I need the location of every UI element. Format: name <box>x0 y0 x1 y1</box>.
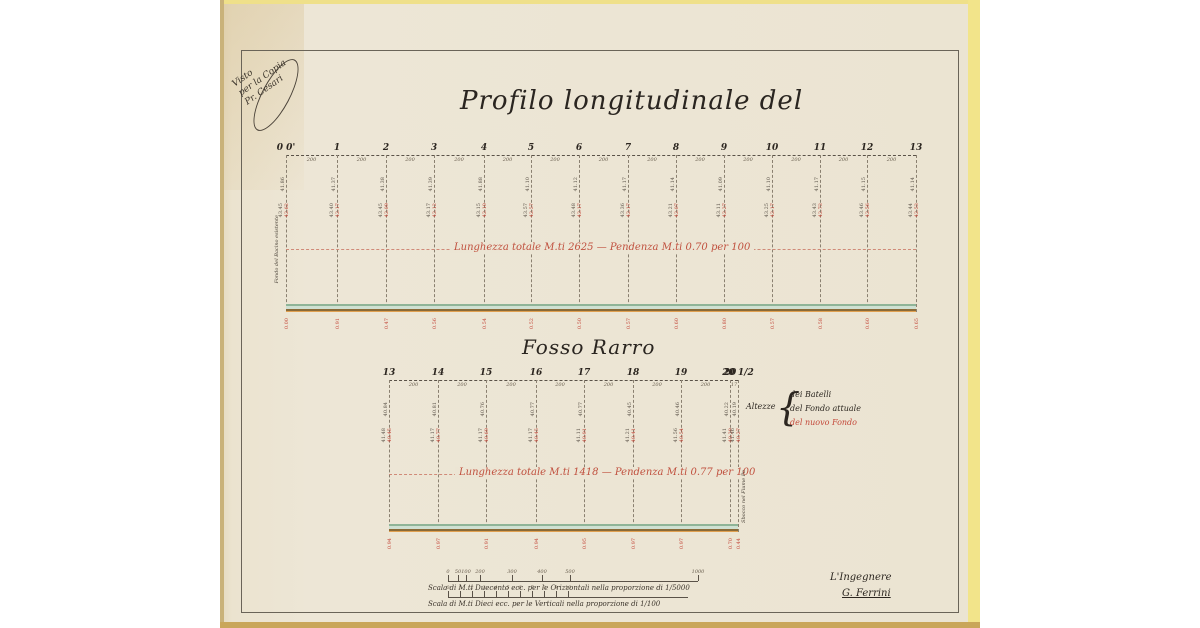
elevation-red: 40.77 <box>436 428 442 442</box>
new-bed-line <box>286 311 916 313</box>
station-number: 12 <box>861 143 874 153</box>
bottom-label: 0.57 <box>770 318 776 329</box>
scale-tick <box>512 575 513 581</box>
elevation-red: 42.17 <box>626 203 632 217</box>
station-line <box>916 155 917 312</box>
sheet-edge-bottom <box>220 622 980 628</box>
station-line <box>486 380 487 532</box>
sheet-edge-right <box>968 0 980 628</box>
elevation-black: 41.37 <box>331 177 337 191</box>
scale-tick-label: 200 <box>475 569 485 575</box>
scale-tick <box>698 575 699 581</box>
station-number: 0 0' <box>277 143 295 153</box>
elevation-red: 42.27 <box>722 203 728 217</box>
elevation-red: 40.45 <box>534 428 540 442</box>
elevation-red: 42.57 <box>529 203 535 217</box>
elevation-black: 41.88 <box>478 177 484 191</box>
distance-label: 200 <box>409 382 419 388</box>
elevation-black: 40.22 <box>724 402 730 416</box>
station-number: 18 <box>627 368 640 378</box>
station-line <box>628 155 629 312</box>
scale-tick <box>472 591 473 597</box>
scale-tick-label: 6 <box>518 585 521 591</box>
signature-name: G. Ferrini <box>830 586 892 602</box>
elevation-red: 42.53 <box>914 203 920 217</box>
elevation-black: 40.81 <box>432 402 438 416</box>
distance-label: 200 <box>647 157 657 163</box>
station-line <box>484 155 485 312</box>
scale-tick <box>532 591 533 597</box>
bottom-label: 0.58 <box>818 318 824 329</box>
station-number: 5 <box>528 143 534 153</box>
station-line <box>438 380 439 532</box>
bottom-label: 0.97 <box>679 538 685 549</box>
bottom-label: 0.00 <box>284 318 290 329</box>
bottom-label: 0.97 <box>436 538 442 549</box>
scale-tick-label: 10 <box>565 585 571 591</box>
station-number: 4 <box>481 143 487 153</box>
distance-label: 200 <box>405 157 415 163</box>
scale-tick <box>568 591 569 597</box>
station-line <box>676 155 677 312</box>
scale-tick <box>480 575 481 581</box>
scale-tick-label: 7 <box>530 585 533 591</box>
distance-label: 200 <box>555 382 565 388</box>
elevation-red: 42.73 <box>818 203 824 217</box>
station-line <box>337 155 338 312</box>
station-number: 10 <box>766 143 779 153</box>
distance-label: 200 <box>604 382 614 388</box>
station-line <box>820 155 821 312</box>
station-line <box>584 380 585 532</box>
station-number: 7 <box>625 143 631 153</box>
station-number: 14 <box>432 368 445 378</box>
elevation-black: 41.14 <box>670 177 676 191</box>
bottom-label: 0.94 <box>534 538 540 549</box>
drawing-subtitle: Fosso Rarro <box>522 335 655 359</box>
elevation-black: 41.17 <box>814 177 820 191</box>
scale-tick-label: 1000 <box>692 569 705 575</box>
elevation-black: 40.77 <box>578 402 584 416</box>
elevation-black: 40.19 <box>732 402 738 416</box>
signature-title: L'Ingegnere <box>830 570 892 586</box>
distance-label: 17 <box>731 382 737 388</box>
elevation-black: 41.09 <box>718 177 724 191</box>
elevation-red: 42.17 <box>335 203 341 217</box>
scale-tick-label: 8 <box>542 585 545 591</box>
profile-top-line <box>286 155 916 156</box>
bottom-label: 0.52 <box>529 318 535 329</box>
scale-tick-label: 3 <box>482 585 485 591</box>
elevation-black: 41.86 <box>280 177 286 191</box>
elevation-black: 40.84 <box>383 402 389 416</box>
distance-label: 200 <box>791 157 801 163</box>
station-number: 15 <box>480 368 493 378</box>
scale-tick <box>460 591 461 597</box>
scale-tick <box>542 575 543 581</box>
elevation-red: 40.27 <box>736 428 742 442</box>
bottom-label: 0.91 <box>335 318 341 329</box>
station-line <box>738 380 739 532</box>
legend-item-nuovo-fondo: del nuovo Fondo <box>790 418 857 427</box>
scale-tick-label: 0 <box>446 569 449 575</box>
elevation-red: 42.56 <box>865 203 871 217</box>
scale-tick <box>570 575 571 581</box>
station-number: 6 <box>576 143 582 153</box>
station-line <box>681 380 682 532</box>
elevation-red: 42.07 <box>674 203 680 217</box>
elevation-black: 41.12 <box>573 177 579 191</box>
distance-label: 200 <box>457 382 467 388</box>
elevation-red: 42.62 <box>284 203 290 217</box>
scale-tick-label: 5 <box>506 585 509 591</box>
station-number: 19 <box>675 368 688 378</box>
station-line <box>536 380 537 532</box>
station-number: 8 <box>673 143 679 153</box>
bottom-label: 0.94 <box>387 538 393 549</box>
distance-label: 200 <box>506 382 516 388</box>
scale-tick-label: 500 <box>565 569 575 575</box>
elevation-black: 41.10 <box>525 177 531 191</box>
bottom-label: 0.44 <box>736 538 742 549</box>
elevation-red: 42.17 <box>770 203 776 217</box>
elevation-black: 41.10 <box>766 177 772 191</box>
bottom-label: 0.70 <box>728 538 734 549</box>
bottom-label: 0.91 <box>484 538 490 549</box>
horizontal-scale-label: Scala di M.ti Duecento ecc. per le Orizz… <box>428 584 690 592</box>
scale-tick-label: 2 <box>470 585 473 591</box>
station-number: 2 <box>383 143 389 153</box>
elevation-red: 40.69 <box>484 428 490 442</box>
elevation-black: 40.77 <box>530 402 536 416</box>
station-number: 3 <box>431 143 437 153</box>
scale-tick <box>496 591 497 597</box>
elevation-red: 42.17 <box>577 203 583 217</box>
distance-label: 200 <box>357 157 367 163</box>
scale-tick-label: 300 <box>507 569 517 575</box>
station-line <box>389 380 390 532</box>
scale-tick-label: 0 <box>446 585 449 591</box>
legend-key-label: Altezze <box>746 402 775 411</box>
distance-label: 200 <box>652 382 662 388</box>
station-number: 11 <box>814 143 827 153</box>
station-number: 13 <box>383 368 396 378</box>
station-number: 9 <box>721 143 727 153</box>
horizontal-scale-bar <box>448 581 698 582</box>
elevation-black: 41.14 <box>910 177 916 191</box>
station-number: 17 <box>578 368 591 378</box>
vertical-scale-label: Scala di M.ti Dieci ecc. per le Vertical… <box>428 600 660 608</box>
sheet-edge-left <box>220 0 224 628</box>
bottom-label: 0.54 <box>482 318 488 329</box>
midline-label: Lunghezza totale M.ti 1418 — Pendenza M.… <box>455 467 759 478</box>
station-number: 16 <box>530 368 543 378</box>
elevation-black: 40.76 <box>480 402 486 416</box>
elevation-red: 40.54 <box>679 428 685 442</box>
scale-tick <box>544 591 545 597</box>
bottom-label: 0.80 <box>722 318 728 329</box>
elevation-red: 42.09 <box>384 203 390 217</box>
distance-label: 200 <box>454 157 464 163</box>
scale-tick-label: 50 <box>455 569 461 575</box>
scale-tick-label: 4 <box>494 585 497 591</box>
bottom-label: 0.95 <box>582 538 588 549</box>
scale-tick <box>520 591 521 597</box>
side-note: Fondo del Bacino esistente <box>274 215 280 283</box>
scale-tick-label: 100 <box>461 569 471 575</box>
station-line <box>772 155 773 312</box>
scale-tick <box>448 575 449 581</box>
distance-label: 200 <box>307 157 317 163</box>
distance-label: 200 <box>701 382 711 388</box>
station-line <box>434 155 435 312</box>
distance-label: 200 <box>887 157 897 163</box>
vertical-scale-bar <box>448 597 688 598</box>
new-bed-line <box>389 531 738 533</box>
distance-label: 200 <box>599 157 609 163</box>
station-number: 1 <box>334 143 340 153</box>
drawing-title: Profilo longitudinale del <box>460 86 803 116</box>
elevation-black: 40.46 <box>675 402 681 416</box>
bottom-label: 0.60 <box>674 318 680 329</box>
scale-tick <box>448 591 449 597</box>
scale-tick <box>466 575 467 581</box>
elevation-red: 40.91 <box>582 428 588 442</box>
bottom-label: 0.60 <box>865 318 871 329</box>
distance-label: 200 <box>550 157 560 163</box>
bottom-label: 0.50 <box>577 318 583 329</box>
signature-block: L'Ingegnere G. Ferrini <box>830 570 892 602</box>
elevation-red: 40.45 <box>387 428 393 442</box>
profile-top-line <box>389 380 738 381</box>
legend-item-fondo-attuale: del Fondo attuale <box>790 404 861 413</box>
bottom-label: 0.57 <box>626 318 632 329</box>
bottom-label: 0.47 <box>384 318 390 329</box>
elevation-black: 41.39 <box>428 177 434 191</box>
station-line <box>531 155 532 312</box>
scale-tick <box>556 591 557 597</box>
distance-label: 200 <box>695 157 705 163</box>
station-line <box>730 380 731 532</box>
bottom-label: 0.65 <box>914 318 920 329</box>
side-note: Sbocco nel Fiume Po <box>741 470 747 523</box>
station-line <box>724 155 725 312</box>
bottom-label: 0.97 <box>631 538 637 549</box>
elevation-black: 41.15 <box>861 177 867 191</box>
distance-label: 200 <box>743 157 753 163</box>
distance-label: 200 <box>839 157 849 163</box>
station-line <box>867 155 868 312</box>
legend-item-batelli: dei Batelli <box>790 390 831 399</box>
scale-tick <box>508 591 509 597</box>
scale-tick-label: 9 <box>554 585 557 591</box>
station-number: 13 <box>910 143 923 153</box>
scale-tick-label: 1 <box>458 585 461 591</box>
station-number: 20 1/2 <box>722 368 753 378</box>
elevation-red: 42.12 <box>432 203 438 217</box>
elevation-red: 40.41 <box>631 428 637 442</box>
station-line <box>579 155 580 312</box>
station-line <box>633 380 634 532</box>
elevation-black: 41.17 <box>622 177 628 191</box>
elevation-red: 42.10 <box>482 203 488 217</box>
station-line <box>286 155 287 312</box>
sheet-edge-top <box>220 0 980 4</box>
elevation-black: 40.45 <box>627 402 633 416</box>
scale-tick <box>458 575 459 581</box>
bottom-label: 0.56 <box>432 318 438 329</box>
elevation-black: 41.38 <box>380 177 386 191</box>
scale-tick-label: 400 <box>537 569 547 575</box>
distance-label: 200 <box>503 157 513 163</box>
midline-label: Lunghezza totale M.ti 2625 — Pendenza M.… <box>450 242 754 253</box>
station-line <box>386 155 387 312</box>
scale-tick <box>484 591 485 597</box>
